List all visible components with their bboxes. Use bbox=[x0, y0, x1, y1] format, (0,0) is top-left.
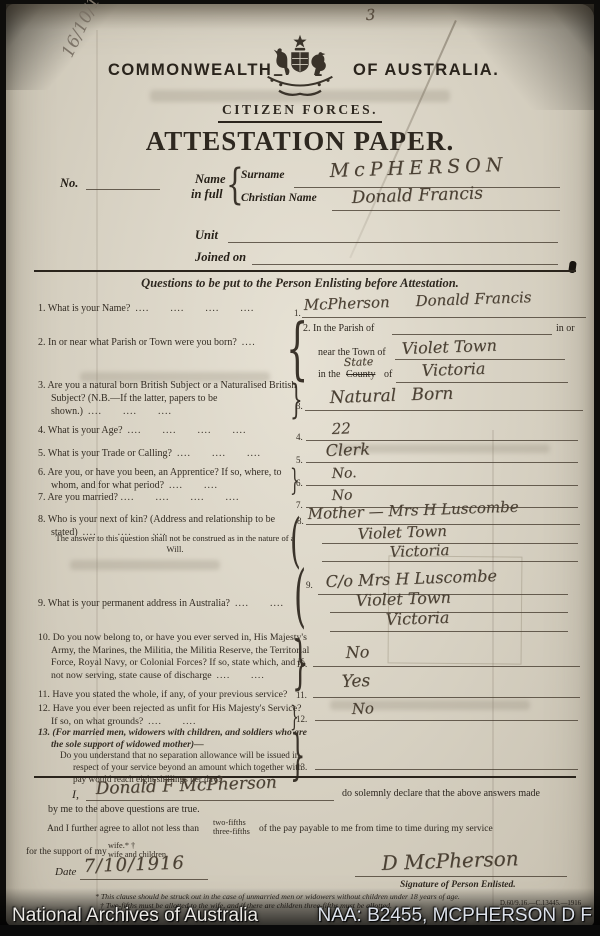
ink-bleed-smudge bbox=[70, 560, 220, 570]
answer-13-number: 13. bbox=[296, 762, 307, 772]
answer-9-line3 bbox=[330, 631, 568, 632]
answer-2-state-value: Victoria bbox=[421, 359, 485, 380]
answer-8-value2: Violet Town bbox=[357, 522, 447, 543]
answer-8-line2 bbox=[322, 543, 578, 544]
answer-4-number: 4. bbox=[296, 432, 303, 442]
question-9: 9. What is your permanent address in Aus… bbox=[38, 598, 309, 611]
declaration-text-1: do solemnly declare that the above answe… bbox=[342, 788, 540, 799]
answer-13-line bbox=[315, 769, 578, 770]
document-scan: 16/10/16 3 COMMONWEALTH OF AUSTRALIA. CI… bbox=[0, 0, 600, 936]
answer-1-line bbox=[302, 317, 586, 318]
question-11: 11. Have you stated the whole, if any, o… bbox=[38, 689, 313, 702]
unit-label: Unit bbox=[195, 228, 218, 243]
question-2: 2. In or near what Parish or Town were y… bbox=[38, 337, 309, 350]
question-13-brace: } bbox=[290, 728, 305, 782]
question-8-note: The answer to this question shall not be… bbox=[55, 533, 295, 554]
answer-9-brace: ( bbox=[294, 562, 306, 630]
header-citizen-forces: CITIZEN FORCES. bbox=[0, 102, 600, 118]
question-7: 7. Are you married? .... .... .... .... bbox=[38, 492, 309, 505]
answer-11-value: Yes bbox=[341, 671, 370, 692]
answer-2-county-struck: County bbox=[346, 369, 375, 380]
question-13-intro: 13. (For married men, widowers with chil… bbox=[38, 727, 307, 752]
answer-2-state-hand: State bbox=[344, 355, 374, 369]
answer-10-number: 10. bbox=[296, 659, 307, 669]
declaration-i: I, bbox=[72, 787, 79, 802]
header-commonwealth: COMMONWEALTH bbox=[108, 61, 272, 80]
signature-line bbox=[355, 876, 567, 877]
answer-6-line bbox=[306, 485, 578, 486]
answer-2-parish-line bbox=[392, 334, 552, 335]
answer-6-number: 6. bbox=[296, 478, 303, 488]
date-line bbox=[80, 879, 208, 880]
pen-annotation: 3 bbox=[365, 6, 375, 24]
answer-5-line bbox=[306, 462, 578, 463]
rule-under-subtitle bbox=[218, 121, 382, 123]
question-12: 12. Have you ever been rejected as unfit… bbox=[38, 703, 309, 728]
answer-11-line bbox=[313, 697, 580, 698]
answer-12-line bbox=[315, 720, 578, 721]
answer-2-state-line bbox=[396, 382, 568, 383]
answer-12-value: No bbox=[351, 699, 374, 718]
declaration-text-2: by me to the above questions are true. bbox=[48, 804, 200, 815]
answer-3-line bbox=[305, 410, 583, 411]
answer-10-value: No bbox=[345, 642, 369, 662]
answer-11-number: 11. bbox=[296, 690, 307, 700]
question-6: 6. Are you, or have you been, an Apprent… bbox=[38, 467, 309, 493]
question-3: 3. Are you a natural born British Subjec… bbox=[38, 380, 307, 418]
answer-10-line bbox=[313, 666, 580, 667]
answer-2-in-the: in the bbox=[318, 369, 341, 380]
allotment-fraction-choice: two-fifthsthree-fifths bbox=[213, 818, 250, 836]
answer-3-number: 3. bbox=[296, 401, 303, 411]
no-label: No. bbox=[60, 176, 78, 191]
no-field-line bbox=[86, 189, 160, 190]
answer-8-value3: Victoria bbox=[389, 541, 449, 561]
answer-7-value: No bbox=[331, 487, 352, 504]
question-1: 1. What is your Name? .... .... .... ...… bbox=[38, 303, 309, 316]
answer-6-value: No. bbox=[331, 465, 356, 482]
christian-name-line bbox=[332, 210, 560, 211]
name-label: Name bbox=[195, 172, 226, 187]
answer-8-line3 bbox=[322, 561, 578, 562]
answer-2-in-or: in or bbox=[556, 323, 575, 334]
answer-2-parish-label: 2. In the Parish of bbox=[303, 323, 374, 334]
date-value: 7/10/1916 bbox=[83, 852, 185, 877]
archive-reference-right: NAA: B2455, MCPHERSON D F bbox=[317, 905, 592, 927]
archive-watermark-left: National Archives of Australia bbox=[12, 905, 258, 927]
answer-4-value: 22 bbox=[331, 419, 351, 438]
joined-on-label: Joined on bbox=[195, 250, 246, 265]
question-3-brace: } bbox=[290, 380, 303, 420]
signature-value: D McPherson bbox=[381, 846, 519, 875]
question-4: 4. What is your Age? .... .... .... .... bbox=[38, 425, 309, 438]
allotment-text-post: of the pay payable to me from time to ti… bbox=[259, 824, 493, 834]
joined-on-line bbox=[252, 264, 558, 265]
answer-9-value2: Violet Town bbox=[355, 588, 451, 610]
answer-2-town-value: Violet Town bbox=[401, 336, 497, 358]
unit-line bbox=[228, 242, 558, 243]
page-title: ATTESTATION PAPER. bbox=[0, 126, 600, 157]
christian-name-label: Christian Name bbox=[241, 192, 317, 204]
question-10: 10. Do you now belong to, or have you ev… bbox=[38, 632, 313, 682]
section-rule bbox=[34, 270, 576, 272]
question-5: 5. What is your Trade or Calling? .... .… bbox=[38, 448, 309, 461]
header-of-australia: OF AUSTRALIA. bbox=[353, 61, 499, 80]
coat-of-arms-icon bbox=[256, 33, 344, 103]
declaration-name-line bbox=[86, 800, 334, 801]
in-full-label: in full bbox=[191, 187, 223, 202]
answer-5-value: Clerk bbox=[325, 439, 370, 460]
allotment-text-pre: And I further agree to allot not less th… bbox=[47, 824, 199, 834]
answer-8-number: 8. bbox=[297, 516, 304, 526]
answer-9-number: 9. bbox=[306, 580, 313, 590]
answer-2-of: of bbox=[384, 369, 392, 380]
surname-label: Surname bbox=[241, 169, 284, 181]
answer-9-value3: Victoria bbox=[385, 608, 449, 629]
date-label: Date bbox=[55, 866, 76, 878]
